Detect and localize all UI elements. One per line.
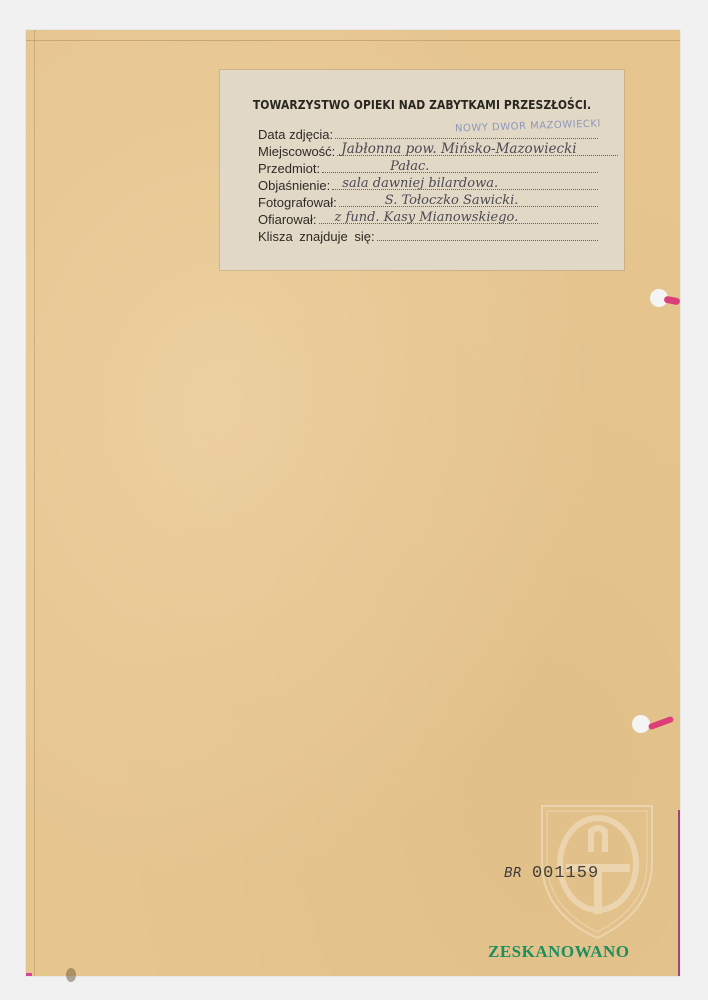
field-photo-date: Data zdjęcia:	[258, 126, 598, 142]
field-line: z fund. Kasy Mianowskiego.	[319, 209, 598, 224]
field-value: sala dawniej bilardowa.	[342, 176, 498, 191]
reference-code: BR 001159	[504, 864, 599, 883]
field-line: sala dawniej bilardowa.	[332, 175, 598, 190]
field-value: Pałac.	[390, 159, 429, 174]
fold-line-left	[34, 30, 35, 976]
field-label: Klisza znajduje się:	[258, 229, 375, 244]
field-photographer: Fotografował: S. Tołoczko Sawicki.	[258, 194, 598, 210]
reference-prefix: BR	[504, 866, 522, 881]
field-label: Fotografował:	[258, 195, 337, 210]
field-line: Pałac.	[322, 158, 598, 173]
field-label: Data zdjęcia:	[258, 127, 333, 142]
field-negative-location: Klisza znajduje się:	[258, 228, 598, 244]
catalog-label-card: TOWARZYSTWO OPIEKI NAD ZABYTKAMI PRZESZŁ…	[220, 70, 624, 270]
field-label: Objaśnienie:	[258, 178, 330, 193]
field-line	[335, 124, 598, 139]
field-value: S. Tołoczko Sawicki.	[385, 193, 519, 208]
field-subject: Przedmiot: Pałac.	[258, 160, 598, 176]
field-label: Przedmiot:	[258, 161, 320, 176]
stain-spot	[66, 968, 76, 982]
field-value: Jabłonna pow. Mińsko-Mazowiecki	[341, 141, 576, 157]
fold-line-top	[26, 40, 680, 41]
card-title: TOWARZYSTWO OPIEKI NAD ZABYTKAMI PRZESZŁ…	[248, 97, 595, 112]
scanned-stamp: ZESKANOWANO	[488, 942, 630, 962]
field-line: S. Tołoczko Sawicki.	[339, 192, 598, 207]
punch-hole-bottom	[632, 715, 650, 733]
field-location: Miejscowość: Jabłonna pow. Mińsko-Mazowi…	[258, 143, 618, 159]
field-donor: Ofiarował: z fund. Kasy Mianowskiego.	[258, 211, 598, 227]
reference-number: 001159	[532, 864, 599, 883]
field-description: Objaśnienie: sala dawniej bilardowa.	[258, 177, 598, 193]
field-line	[377, 226, 598, 241]
sheet-edge-mark	[678, 810, 680, 976]
field-value: z fund. Kasy Mianowskiego.	[335, 210, 519, 225]
field-label: Miejscowość:	[258, 144, 335, 159]
field-label: Ofiarował:	[258, 212, 317, 227]
sheet-corner-mark	[26, 973, 32, 976]
field-line: Jabłonna pow. Mińsko-Mazowiecki	[337, 141, 618, 156]
